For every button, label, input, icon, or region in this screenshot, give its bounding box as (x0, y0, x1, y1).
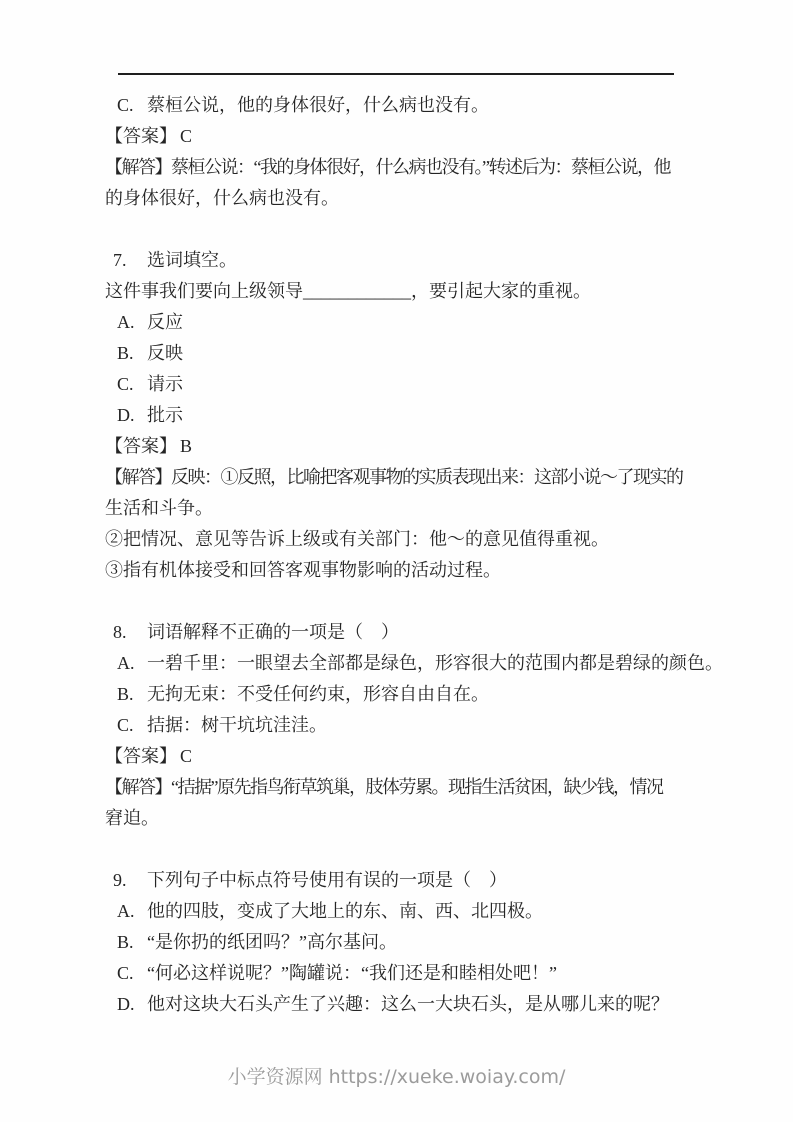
question-number: 8. (113, 617, 147, 648)
answer-value: C (180, 746, 192, 766)
header-rule (118, 73, 674, 75)
option-letter: A. (117, 648, 147, 679)
blank-line (105, 586, 687, 617)
option-row: D.他对这块大石头产生了兴趣：这么一大块石头，是从哪儿来的呢？ (105, 989, 687, 1020)
option-letter: B. (117, 679, 147, 710)
question-number: 7. (113, 245, 147, 276)
option-text: 反映 (147, 343, 183, 363)
page-content: C.蔡桓公说，他的身体很好，什么病也没有。 【答案】C 【解答】蔡桓公说：“我的… (105, 90, 687, 1020)
answer-value: B (180, 436, 192, 456)
question-title: 下列句子中标点符号使用有误的一项是（ ） (147, 870, 507, 890)
question-block-8: 8.词语解释不正确的一项是（ ） A.一碧千里：一眼望去全部都是绿色，形容很大的… (105, 617, 687, 834)
answer-line: 【答案】C (105, 121, 687, 152)
option-letter: B. (117, 927, 147, 958)
option-letter: C. (117, 90, 147, 121)
footer-site-url: https://xueke.woiay.com/ (329, 1066, 566, 1088)
option-text: 反应 (147, 312, 183, 332)
option-row: B.无拘无束：不受任何约束，形容自由自在。 (105, 679, 687, 710)
explanation-line: ③指有机体接受和回答客观事物影响的活动过程。 (105, 555, 687, 586)
option-text: “何必这样说呢？”陶罐说：“我们还是和睦相处吧！” (147, 963, 557, 983)
option-text: 一碧千里：一眼望去全部都是绿色，形容很大的范围内都是碧绿的颜色。 (147, 653, 723, 673)
option-letter: D. (117, 989, 147, 1020)
option-text: 蔡桓公说，他的身体很好，什么病也没有。 (147, 95, 489, 115)
answer-label: 【答案】 (105, 436, 177, 456)
question-stem: 这件事我们要向上级领导____________，要引起大家的重视。 (105, 276, 687, 307)
question-title: 选词填空。 (147, 250, 237, 270)
option-row: C.“何必这样说呢？”陶罐说：“我们还是和睦相处吧！” (105, 958, 687, 989)
option-row: B.反映 (105, 338, 687, 369)
explanation-line: 生活和斗争。 (105, 493, 687, 524)
answer-value: C (180, 126, 192, 146)
option-text: 请示 (147, 374, 183, 394)
option-letter: C. (117, 710, 147, 741)
option-text: 批示 (147, 405, 183, 425)
explanation-line: 【解答】反映：①反照，比喻把客观事物的实质表现出来：这部小说～了现实的 (105, 462, 687, 493)
option-row: B.“是你扔的纸团吗？”高尔基问。 (105, 927, 687, 958)
answer-label: 【答案】 (105, 126, 177, 146)
option-letter: A. (117, 896, 147, 927)
explanation-line: 窘迫。 (105, 803, 687, 834)
explanation-line: ②把情况、意见等告诉上级或有关部门：他～的意见值得重视。 (105, 524, 687, 555)
explanation-line: 【解答】“拮据”原先指鸟衔草筑巢，肢体劳累。现指生活贫困，缺少钱，情况 (105, 772, 687, 803)
footer-watermark: 小学资源网https://xueke.woiay.com/ (0, 1062, 793, 1093)
question-title-line: 7.选词填空。 (105, 245, 687, 276)
option-row: C.蔡桓公说，他的身体很好，什么病也没有。 (105, 90, 687, 121)
answer-line: 【答案】C (105, 741, 687, 772)
option-row: D.批示 (105, 400, 687, 431)
explanation-line: 【解答】蔡桓公说：“我的身体很好，什么病也没有。”转述后为：蔡桓公说，他 (105, 152, 687, 183)
option-text: “是你扔的纸团吗？”高尔基问。 (147, 932, 397, 952)
question-block-9: 9.下列句子中标点符号使用有误的一项是（ ） A.他的四肢，变成了大地上的东、南… (105, 865, 687, 1020)
option-text: 无拘无束：不受任何约束，形容自由自在。 (147, 684, 489, 704)
explanation-line: 的身体很好，什么病也没有。 (105, 183, 687, 214)
question-title: 词语解释不正确的一项是（ ） (147, 622, 399, 642)
option-row: C.拮据：树干坑坑洼洼。 (105, 710, 687, 741)
option-letter: C. (117, 369, 147, 400)
question-title-line: 8.词语解释不正确的一项是（ ） (105, 617, 687, 648)
option-text: 他的四肢，变成了大地上的东、南、西、北四极。 (147, 901, 543, 921)
option-text: 拮据：树干坑坑洼洼。 (147, 715, 327, 735)
option-letter: D. (117, 400, 147, 431)
option-text: 他对这块大石头产生了兴趣：这么一大块石头，是从哪儿来的呢？ (147, 994, 669, 1014)
blank-line (105, 214, 687, 245)
question-number: 9. (113, 865, 147, 896)
document-page: C.蔡桓公说，他的身体很好，什么病也没有。 【答案】C 【解答】蔡桓公说：“我的… (0, 0, 793, 1122)
option-row: A.一碧千里：一眼望去全部都是绿色，形容很大的范围内都是碧绿的颜色。 (105, 648, 687, 679)
option-letter: A. (117, 307, 147, 338)
option-row: C.请示 (105, 369, 687, 400)
blank-line (105, 834, 687, 865)
option-letter: B. (117, 338, 147, 369)
question-title-line: 9.下列句子中标点符号使用有误的一项是（ ） (105, 865, 687, 896)
option-row: A.他的四肢，变成了大地上的东、南、西、北四极。 (105, 896, 687, 927)
footer-site-name: 小学资源网 (228, 1066, 323, 1088)
option-letter: C. (117, 958, 147, 989)
option-row: A.反应 (105, 307, 687, 338)
question-block-7: 7.选词填空。 这件事我们要向上级领导____________，要引起大家的重视… (105, 245, 687, 586)
answer-line: 【答案】B (105, 431, 687, 462)
answer-label: 【答案】 (105, 746, 177, 766)
